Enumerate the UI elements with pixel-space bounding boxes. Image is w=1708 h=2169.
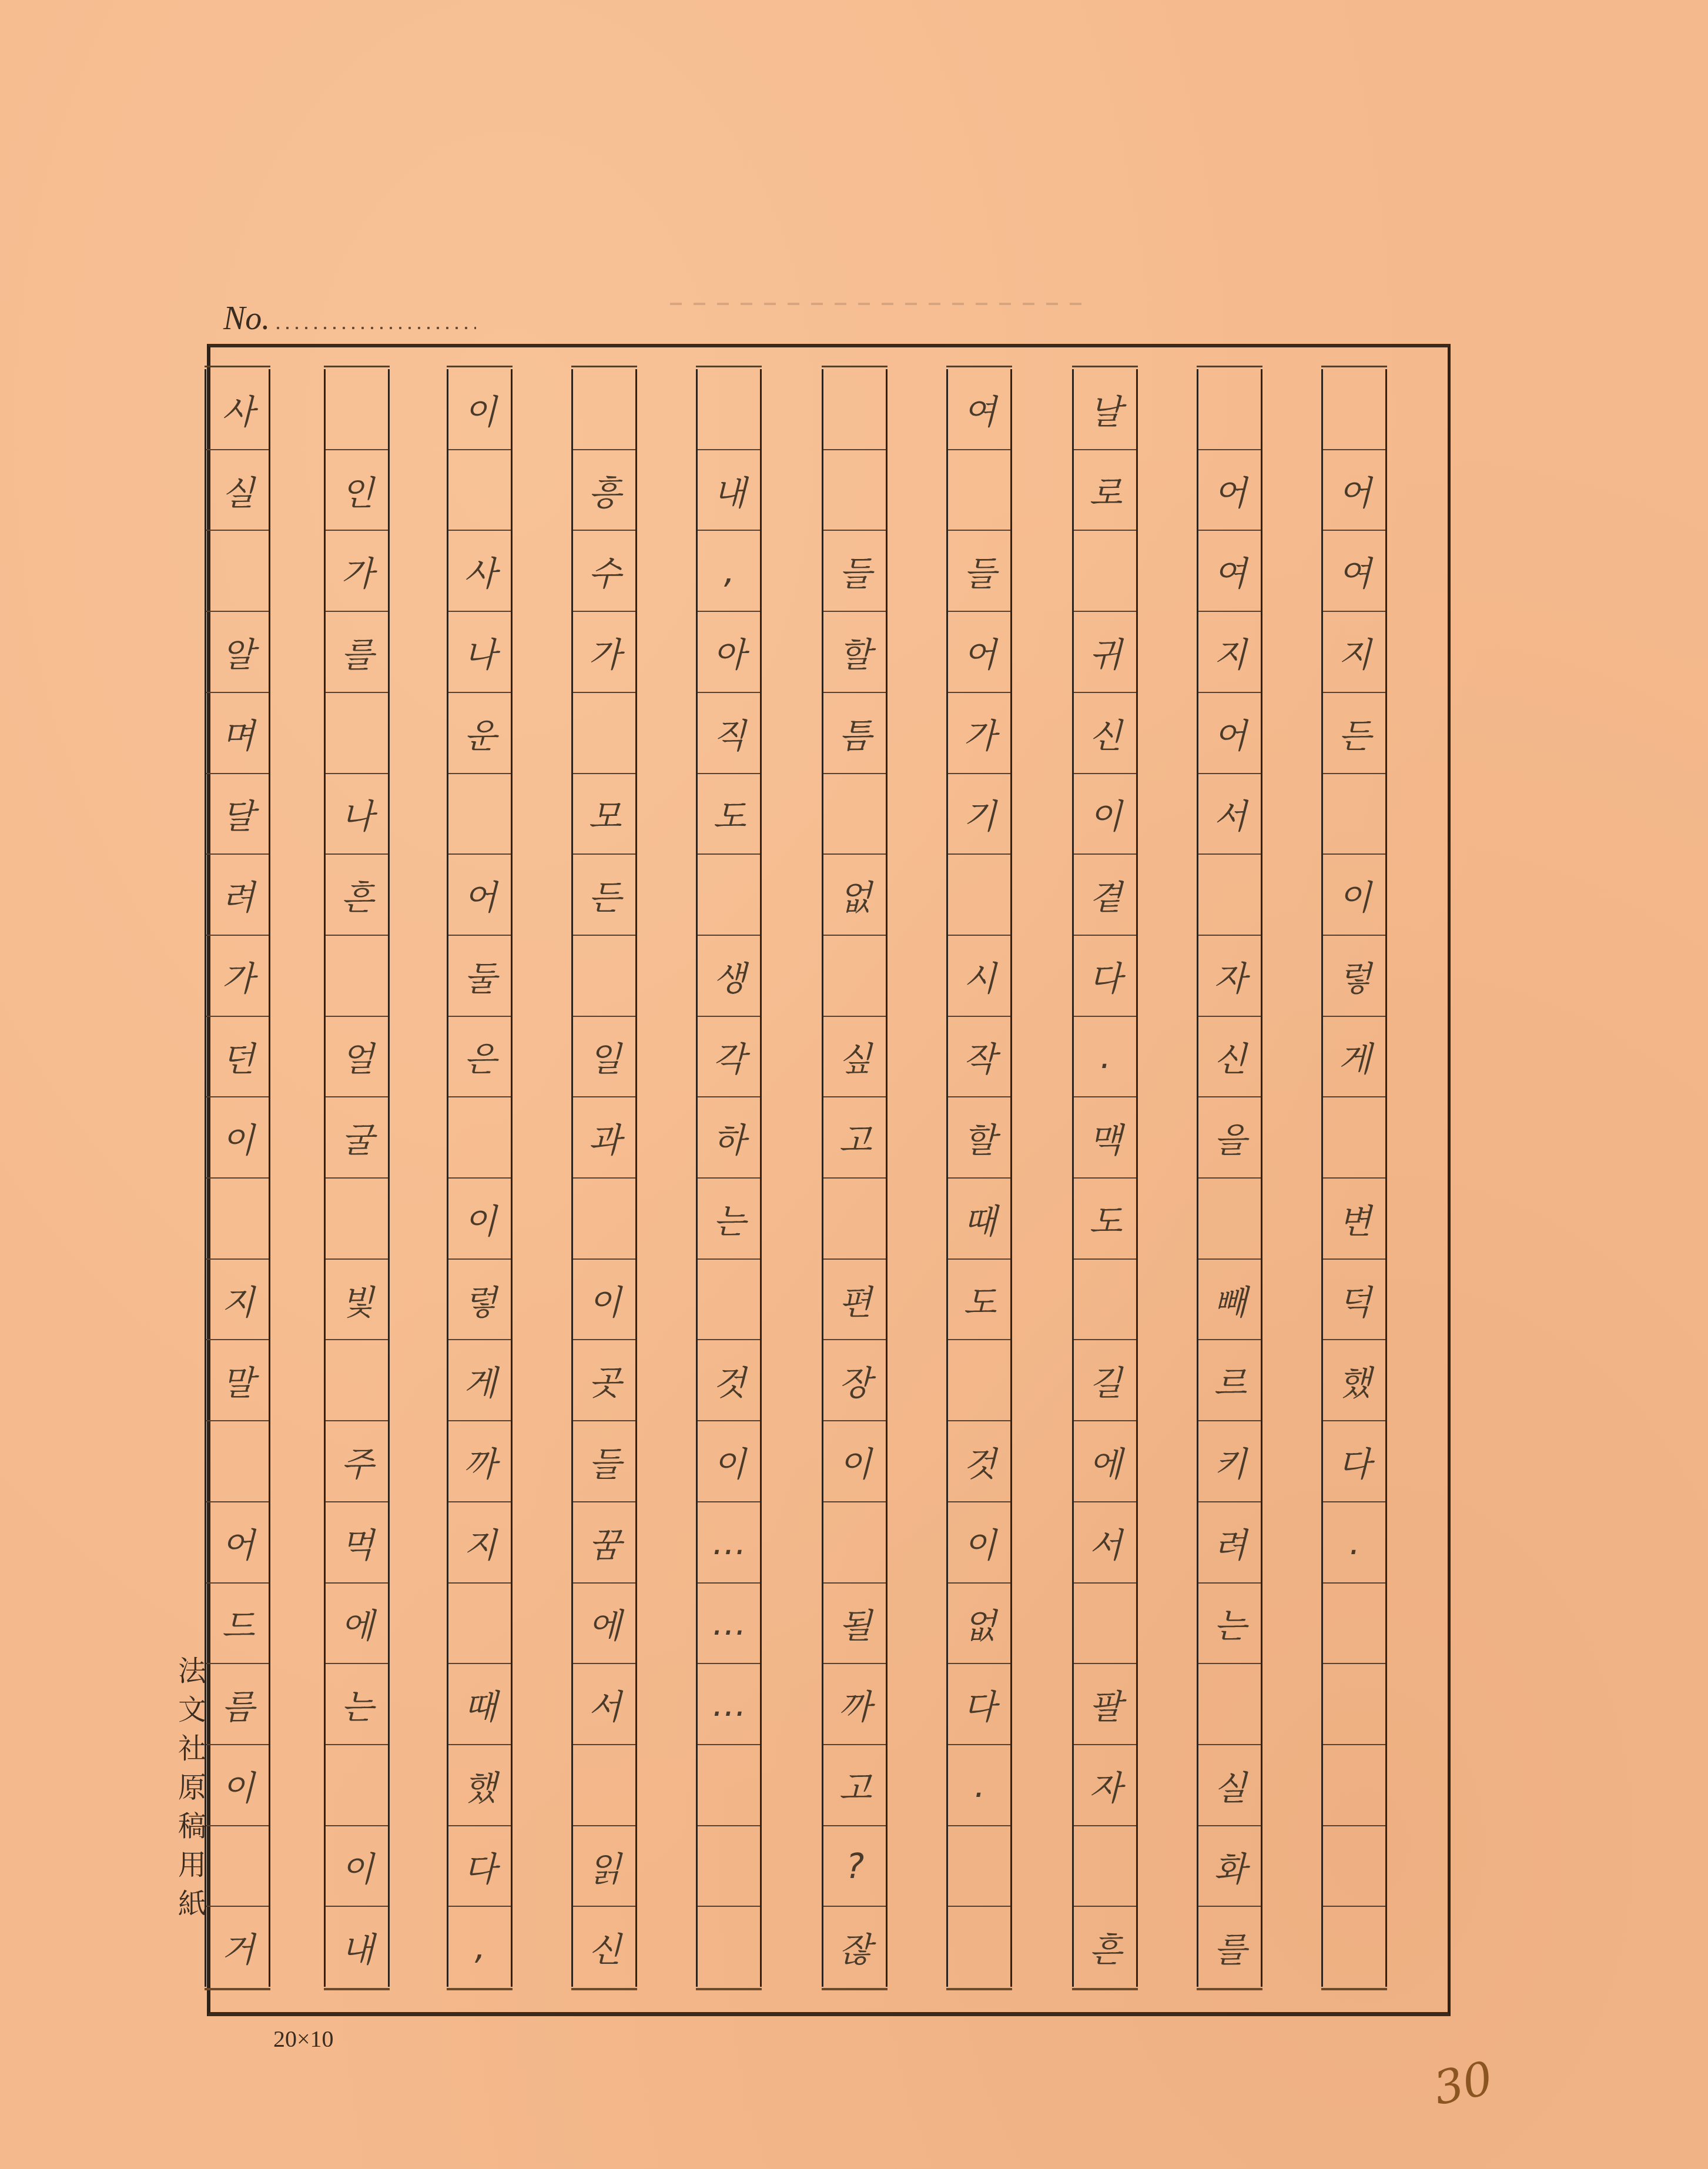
manuscript-column: 인가를나흔얼굴빛주먹에는이내 xyxy=(324,369,390,1987)
manuscript-cell: 들 xyxy=(823,531,886,612)
manuscript-cell: 맥 xyxy=(1074,1097,1136,1179)
manuscript-cell: 날 xyxy=(1074,369,1136,450)
manuscript-cell: . xyxy=(1074,1017,1136,1098)
manuscript-cell: 어 xyxy=(948,612,1010,693)
manuscript-cell: 이 xyxy=(823,1421,886,1502)
manuscript-cell: . xyxy=(948,1745,1010,1826)
manuscript-cell xyxy=(823,774,886,855)
manuscript-cell: 작 xyxy=(948,1017,1010,1098)
manuscript-cell xyxy=(448,774,511,855)
manuscript-cell: 름 xyxy=(206,1664,269,1745)
manuscript-cell: 없 xyxy=(823,855,886,936)
manuscript-cell: 틈 xyxy=(823,693,886,774)
manuscript-cell: 든 xyxy=(1323,693,1385,774)
manuscript-cell xyxy=(206,1179,269,1260)
manuscript-cell: 에 xyxy=(573,1584,635,1665)
manuscript-cell xyxy=(948,1907,1010,1987)
manuscript-cell xyxy=(326,369,388,450)
manuscript-cell xyxy=(573,1745,635,1826)
manuscript-cell xyxy=(698,1745,760,1826)
manuscript-cell xyxy=(1323,1745,1385,1826)
manuscript-cell: 에 xyxy=(326,1584,388,1665)
faint-mark xyxy=(670,303,1081,305)
manuscript-column: 날로귀신이곁다.맥도길에서팔자흔 xyxy=(1072,369,1138,1987)
manuscript-cell: 다 xyxy=(448,1826,511,1907)
manuscript-column: 어여지어서자신을빼르키려는실화를 xyxy=(1197,369,1262,1987)
manuscript-cell xyxy=(573,1179,635,1260)
manuscript-cell: 수 xyxy=(573,531,635,612)
manuscript-cell: 려 xyxy=(1198,1502,1261,1584)
manuscript-cell: 했 xyxy=(448,1745,511,1826)
manuscript-cell xyxy=(1323,1097,1385,1179)
manuscript-cell: 거 xyxy=(206,1907,269,1987)
manuscript-cell: 까 xyxy=(448,1421,511,1502)
manuscript-cell: 자 xyxy=(1198,936,1261,1017)
manuscript-cell: 꿈 xyxy=(573,1502,635,1584)
manuscript-cell xyxy=(1198,369,1261,450)
manuscript-cell: 키 xyxy=(1198,1421,1261,1502)
manuscript-cell: 가 xyxy=(948,693,1010,774)
manuscript-cell: 지 xyxy=(1323,612,1385,693)
manuscript-cell: 에 xyxy=(1074,1421,1136,1502)
manuscript-cell: 흥 xyxy=(573,450,635,531)
manuscript-cell: 곁 xyxy=(1074,855,1136,936)
manuscript-cell: 빛 xyxy=(326,1260,388,1341)
manuscript-column: 어여지든이렇게변덕했다. xyxy=(1321,369,1387,1987)
manuscript-cell xyxy=(823,1179,886,1260)
manuscript-cell: 려 xyxy=(206,855,269,936)
manuscript-cell: 여 xyxy=(1198,531,1261,612)
manuscript-cell xyxy=(206,531,269,612)
manuscript-cell: 게 xyxy=(448,1340,511,1421)
manuscript-cell: 고 xyxy=(823,1745,886,1826)
manuscript-cell: 사 xyxy=(448,531,511,612)
manuscript-cell: 것 xyxy=(698,1340,760,1421)
manuscript-cell: 이 xyxy=(206,1097,269,1179)
manuscript-cell xyxy=(698,1260,760,1341)
manuscript-cell: 알 xyxy=(206,612,269,693)
manuscript-cell: 나 xyxy=(448,612,511,693)
manuscript-cell: 모 xyxy=(573,774,635,855)
manuscript-cell xyxy=(573,369,635,450)
manuscript-cell: 던 xyxy=(206,1017,269,1098)
manuscript-cell: 게 xyxy=(1323,1017,1385,1098)
manuscript-cell: 로 xyxy=(1074,450,1136,531)
manuscript-cell: 지 xyxy=(206,1260,269,1341)
manuscript-cell: 과 xyxy=(573,1097,635,1179)
manuscript-cell xyxy=(823,369,886,450)
manuscript-cell: 은 xyxy=(448,1017,511,1098)
manuscript-cell: 나 xyxy=(326,774,388,855)
manuscript-cell: , xyxy=(448,1907,511,1987)
manuscript-cell xyxy=(448,450,511,531)
manuscript-cell xyxy=(326,1179,388,1260)
manuscript-cell: 어 xyxy=(448,855,511,936)
manuscript-cell: 이 xyxy=(1074,774,1136,855)
manuscript-cell: 어 xyxy=(1198,693,1261,774)
manuscript-cell: 운 xyxy=(448,693,511,774)
manuscript-cell: 이 xyxy=(948,1502,1010,1584)
manuscript-cell: 싶 xyxy=(823,1017,886,1098)
page-number: 30 xyxy=(1429,2052,1498,2116)
manuscript-cell: 지 xyxy=(1198,612,1261,693)
manuscript-cell xyxy=(1074,1826,1136,1907)
manuscript-cell: 들 xyxy=(573,1421,635,1502)
manuscript-cell: 고 xyxy=(823,1097,886,1179)
number-field: No. xyxy=(223,300,476,337)
manuscript-cell: 서 xyxy=(1074,1502,1136,1584)
manuscript-cell: 읽 xyxy=(573,1826,635,1907)
manuscript-cell: 없 xyxy=(948,1584,1010,1665)
manuscript-cell xyxy=(823,1502,886,1584)
manuscript-cell: 이 xyxy=(326,1826,388,1907)
manuscript-cell xyxy=(698,855,760,936)
manuscript-cell: 다 xyxy=(1323,1421,1385,1502)
manuscript-cell xyxy=(448,1097,511,1179)
manuscript-cell xyxy=(1323,1664,1385,1745)
manuscript-cell xyxy=(1323,369,1385,450)
manuscript-cell: 시 xyxy=(948,936,1010,1017)
manuscript-cell: 이 xyxy=(448,369,511,450)
manuscript-cell: 자 xyxy=(1074,1745,1136,1826)
manuscript-cell: 직 xyxy=(698,693,760,774)
manuscript-cell xyxy=(948,450,1010,531)
manuscript-cell: 실 xyxy=(1198,1745,1261,1826)
manuscript-cell: 변 xyxy=(1323,1179,1385,1260)
manuscript-cell: 렇 xyxy=(1323,936,1385,1017)
manuscript-cell: 도 xyxy=(1074,1179,1136,1260)
manuscript-cell: 렇 xyxy=(448,1260,511,1341)
manuscript-cell: 이 xyxy=(698,1421,760,1502)
manuscript-cell: 를 xyxy=(326,612,388,693)
number-label: No. xyxy=(223,300,270,337)
manuscript-cell: 신 xyxy=(573,1907,635,1987)
manuscript-cell: 아 xyxy=(698,612,760,693)
manuscript-cell xyxy=(1323,1826,1385,1907)
manuscript-cell xyxy=(698,1907,760,1987)
manuscript-cell: 흔 xyxy=(326,855,388,936)
manuscript-cell: 어 xyxy=(206,1502,269,1584)
manuscript-column: 흥수가모든일과이곳들꿈에서읽신 xyxy=(571,369,637,1987)
manuscript-cell: 흔 xyxy=(1074,1907,1136,1987)
manuscript-cell: 들 xyxy=(948,531,1010,612)
manuscript-cell xyxy=(573,693,635,774)
manuscript-cell xyxy=(948,1340,1010,1421)
manuscript-cell: 내 xyxy=(326,1907,388,1987)
manuscript-cell: . xyxy=(1323,1502,1385,1584)
manuscript-cell xyxy=(1198,1179,1261,1260)
manuscript-cell: 길 xyxy=(1074,1340,1136,1421)
manuscript-cell: 지 xyxy=(448,1502,511,1584)
manuscript-cell: 다 xyxy=(948,1664,1010,1745)
manuscript-cell xyxy=(948,855,1010,936)
manuscript-cell xyxy=(823,450,886,531)
manuscript-column: 내,아직도생각하는것이……… xyxy=(696,369,762,1987)
manuscript-cell: 인 xyxy=(326,450,388,531)
manuscript-cell: 굴 xyxy=(326,1097,388,1179)
manuscript-cell: 이 xyxy=(1323,855,1385,936)
manuscript-cell: 도 xyxy=(948,1260,1010,1341)
manuscript-cell: 생 xyxy=(698,936,760,1017)
manuscript-cell: 신 xyxy=(1198,1017,1261,1098)
manuscript-cell: 는 xyxy=(698,1179,760,1260)
manuscript-cell: 어 xyxy=(1323,450,1385,531)
manuscript-column: 여들어가기시작할때도것이없다. xyxy=(946,369,1012,1987)
manuscript-cell: 얼 xyxy=(326,1017,388,1098)
manuscript-cell xyxy=(1198,1664,1261,1745)
manuscript-cell: 는 xyxy=(326,1664,388,1745)
manuscript-cell xyxy=(448,1584,511,1665)
manuscript-cell: 각 xyxy=(698,1017,760,1098)
manuscript-cell: , xyxy=(698,531,760,612)
manuscript-cell xyxy=(1074,531,1136,612)
manuscript-cell xyxy=(948,1826,1010,1907)
number-dotted-line xyxy=(273,326,476,330)
manuscript-cell: 주 xyxy=(326,1421,388,1502)
manuscript-cell: 서 xyxy=(573,1664,635,1745)
manuscript-cell: 귀 xyxy=(1074,612,1136,693)
manuscript-cell: 이 xyxy=(448,1179,511,1260)
manuscript-column: 사실알며달려가던이지말어드름이거 xyxy=(205,369,270,1987)
manuscript-cell xyxy=(1074,1260,1136,1341)
manuscript-cell: 일 xyxy=(573,1017,635,1098)
manuscript-cell: 서 xyxy=(1198,774,1261,855)
manuscript-cell: 를 xyxy=(1198,1907,1261,1987)
manuscript-cell: 는 xyxy=(1198,1584,1261,1665)
manuscript-cell: 했 xyxy=(1323,1340,1385,1421)
manuscript-cell: 든 xyxy=(573,855,635,936)
manuscript-cell: 여 xyxy=(1323,531,1385,612)
manuscript-cell xyxy=(1323,1907,1385,1987)
manuscript-cell xyxy=(823,936,886,1017)
manuscript-cell: 가 xyxy=(206,936,269,1017)
manuscript-cell: 내 xyxy=(698,450,760,531)
manuscript-cell: 까 xyxy=(823,1664,886,1745)
manuscript-cell: 잖 xyxy=(823,1907,886,1987)
manuscript-cell xyxy=(698,1826,760,1907)
manuscript-cell xyxy=(326,1340,388,1421)
manuscript-cell: 할 xyxy=(823,612,886,693)
manuscript-cell: 할 xyxy=(948,1097,1010,1179)
manuscript-cell: 달 xyxy=(206,774,269,855)
manuscript-cell xyxy=(326,936,388,1017)
manuscript-cell: 때 xyxy=(948,1179,1010,1260)
manuscript-cell: 어 xyxy=(1198,450,1261,531)
manuscript-cell: 장 xyxy=(823,1340,886,1421)
manuscript-cell: 을 xyxy=(1198,1097,1261,1179)
manuscript-cell: 이 xyxy=(206,1745,269,1826)
manuscript-cell xyxy=(1323,774,1385,855)
manuscript-cell xyxy=(1323,1584,1385,1665)
manuscript-cell: 말 xyxy=(206,1340,269,1421)
manuscript-cell: 곳 xyxy=(573,1340,635,1421)
manuscript-cell: 둘 xyxy=(448,936,511,1017)
manuscript-cell: 빼 xyxy=(1198,1260,1261,1341)
manuscript-cell: 도 xyxy=(698,774,760,855)
manuscript-cell: ? xyxy=(823,1826,886,1907)
manuscript-cell xyxy=(1198,855,1261,936)
manuscript-cell: … xyxy=(698,1502,760,1584)
manuscript-cell xyxy=(206,1826,269,1907)
manuscript-column: 들할틈없싶고편장이될까고?잖 xyxy=(822,369,888,1987)
manuscript-cell: 다 xyxy=(1074,936,1136,1017)
grid-size-label: 20×10 xyxy=(273,2025,334,2053)
manuscript-cell: 며 xyxy=(206,693,269,774)
manuscript-cell: 신 xyxy=(1074,693,1136,774)
manuscript-column: 이사나운어둘은이렇게까지때했다, xyxy=(447,369,513,1987)
manuscript-cell: … xyxy=(698,1664,760,1745)
manuscript-cell: 이 xyxy=(573,1260,635,1341)
manuscript-cell: 하 xyxy=(698,1097,760,1179)
manuscript-cell: 여 xyxy=(948,369,1010,450)
manuscript-cell: 가 xyxy=(573,612,635,693)
manuscript-cell: 실 xyxy=(206,450,269,531)
publisher-label: 法文社原稿用紙 xyxy=(172,1652,213,1923)
manuscript-cell: 화 xyxy=(1198,1826,1261,1907)
manuscript-cell xyxy=(573,936,635,1017)
manuscript-cell: 르 xyxy=(1198,1340,1261,1421)
manuscript-cell: 먹 xyxy=(326,1502,388,1584)
manuscript-cell xyxy=(206,1421,269,1502)
manuscript-cell: 사 xyxy=(206,369,269,450)
manuscript-cell xyxy=(326,1745,388,1826)
manuscript-cell xyxy=(698,369,760,450)
manuscript-cell xyxy=(326,693,388,774)
manuscript-cell: 때 xyxy=(448,1664,511,1745)
manuscript-cell: 편 xyxy=(823,1260,886,1341)
manuscript-cell xyxy=(1074,1584,1136,1665)
manuscript-cell: … xyxy=(698,1584,760,1665)
manuscript-cell: 덕 xyxy=(1323,1260,1385,1341)
manuscript-cell: 될 xyxy=(823,1584,886,1665)
manuscript-cell: 드 xyxy=(206,1584,269,1665)
manuscript-cell: 가 xyxy=(326,531,388,612)
manuscript-cell: 기 xyxy=(948,774,1010,855)
manuscript-cell: 것 xyxy=(948,1421,1010,1502)
manuscript-cell: 팔 xyxy=(1074,1664,1136,1745)
